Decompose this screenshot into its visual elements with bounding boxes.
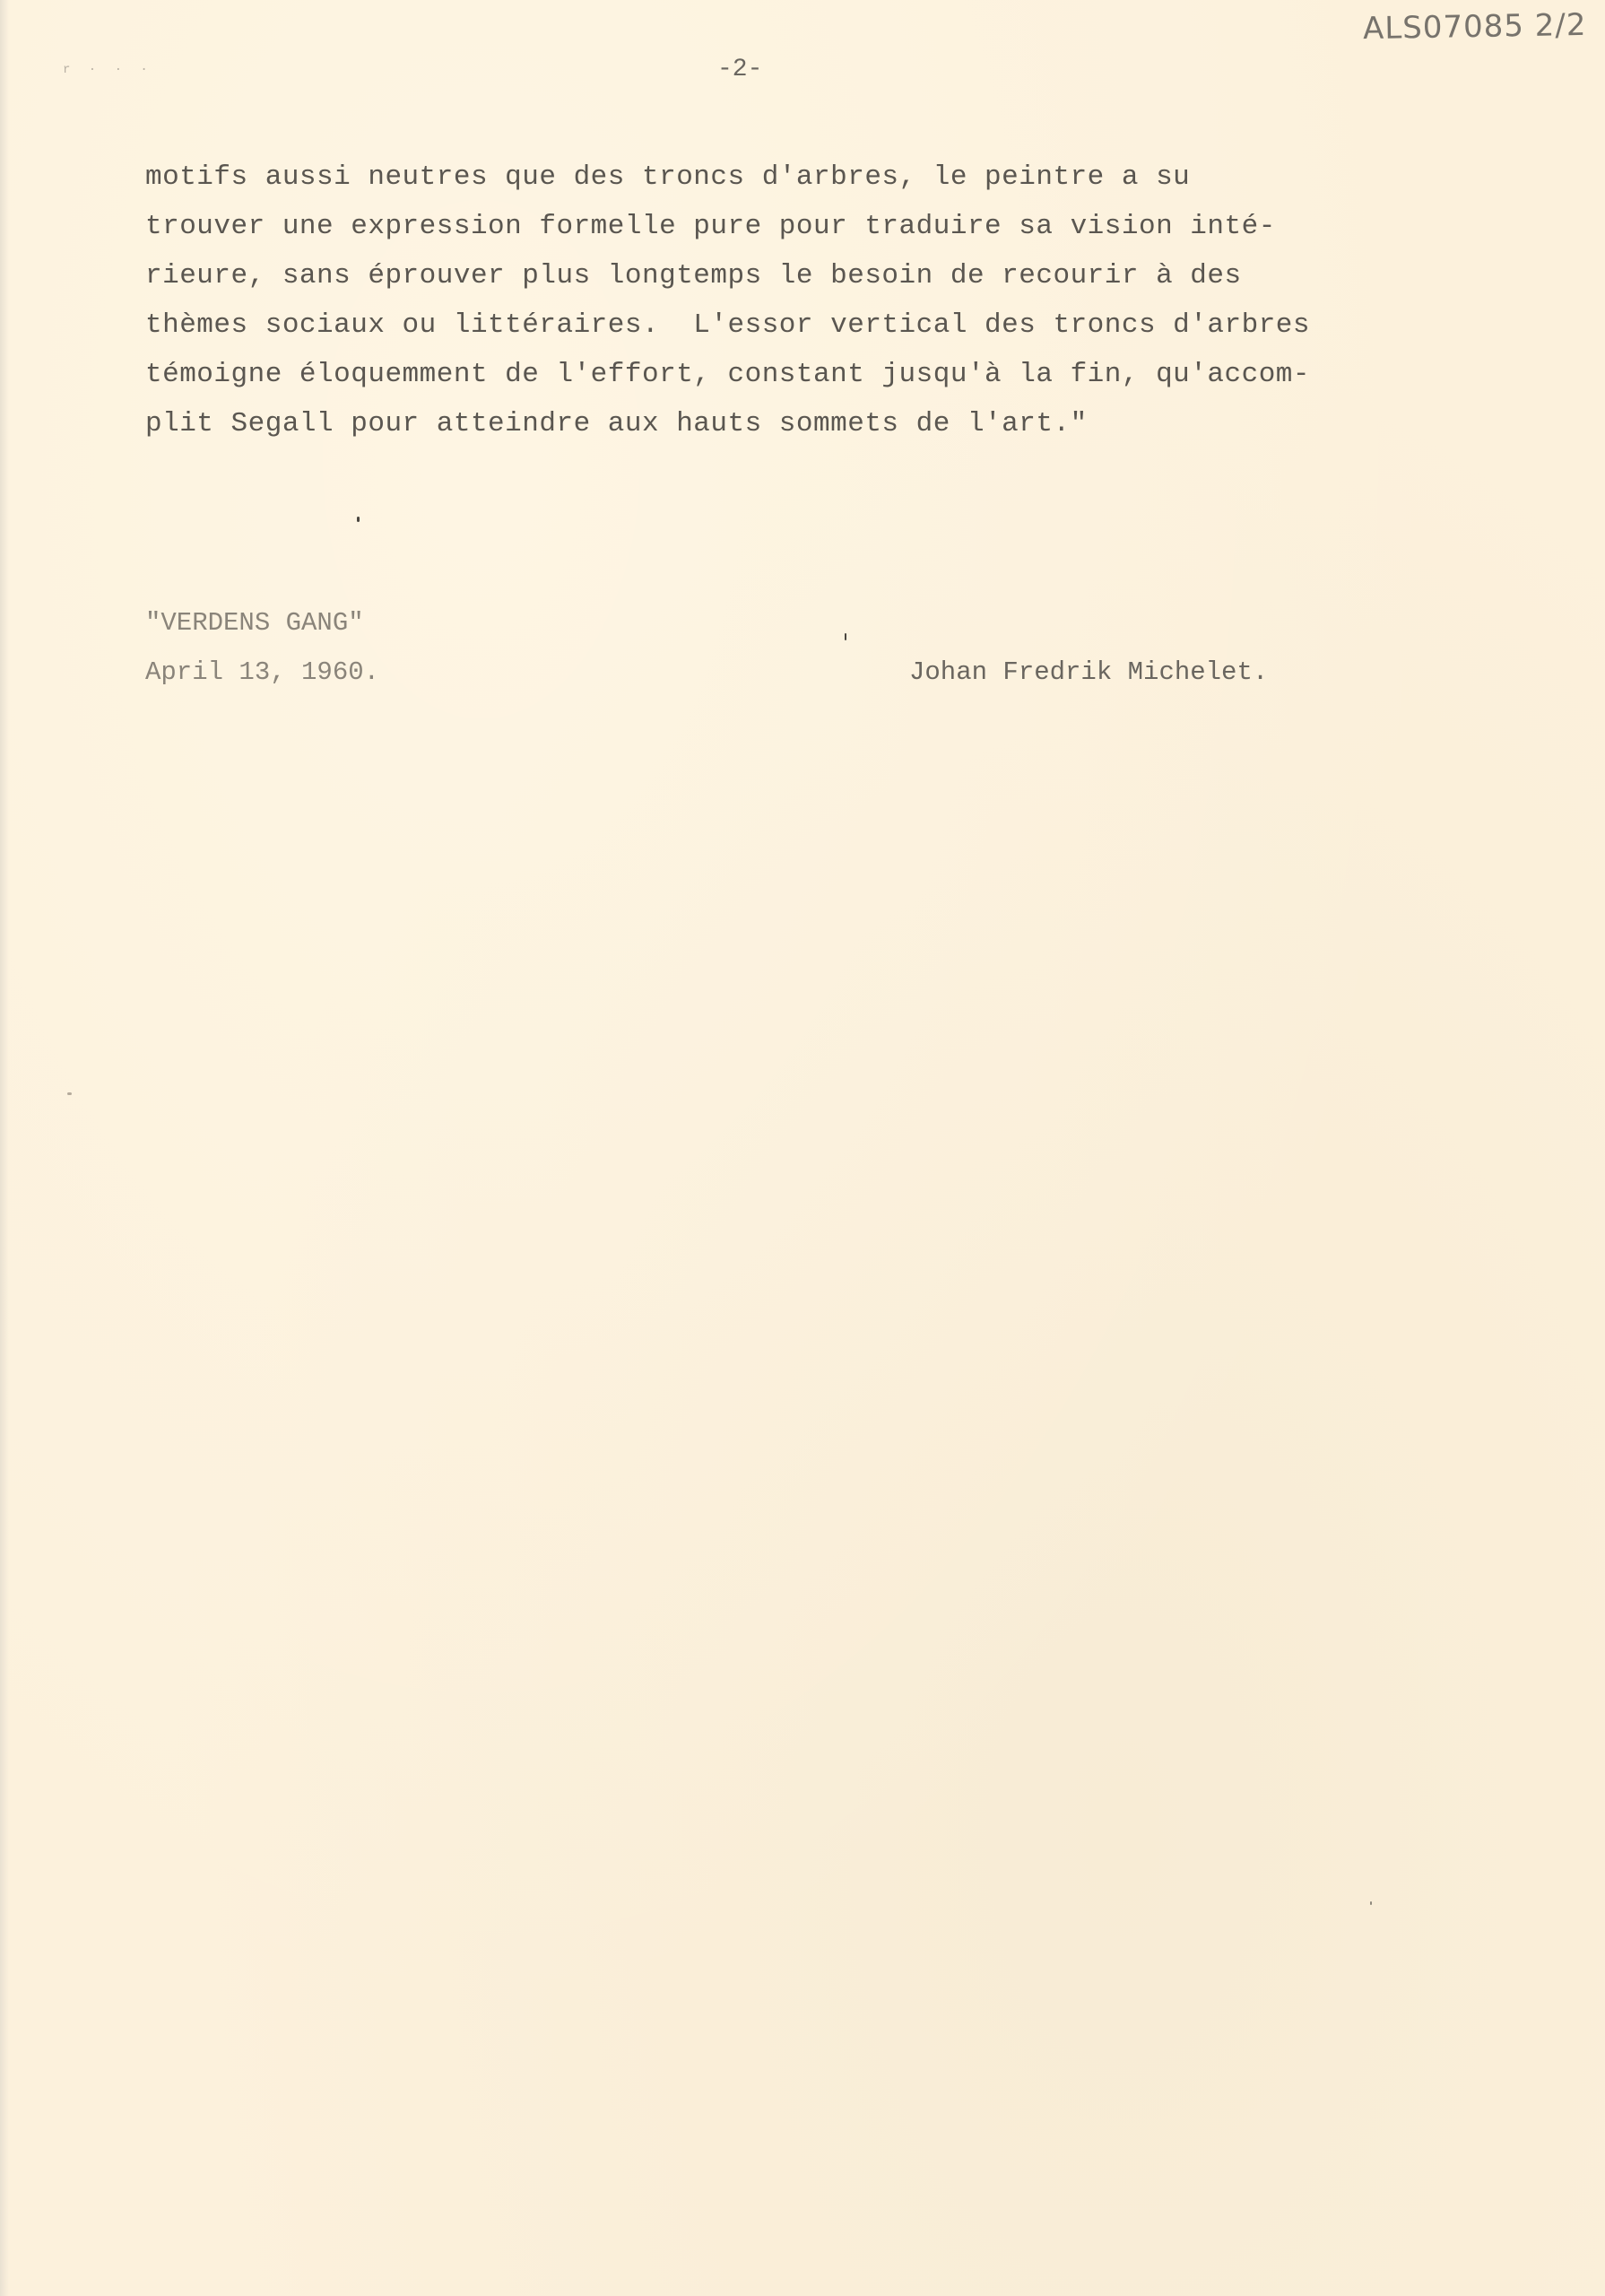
text-line: motifs aussi neutres que des troncs d'ar… bbox=[145, 152, 1490, 202]
scan-edge bbox=[0, 0, 9, 2296]
text-line: rieure, sans éprouver plus longtemps le … bbox=[145, 251, 1490, 300]
text-line: thèmes sociaux ou littéraires. L'essor v… bbox=[145, 300, 1490, 350]
archive-reference-handwritten: ALS07085 2/2 bbox=[1363, 7, 1587, 47]
text-line: trouver une expression formelle pure pou… bbox=[145, 202, 1490, 251]
body-paragraph: motifs aussi neutres que des troncs d'ar… bbox=[145, 152, 1490, 448]
closing-row-2: April 13, 1960. bbox=[145, 598, 1490, 648]
closing-row-1: "VERDENS GANG" Johan Fredrik Michelet. bbox=[145, 549, 1490, 598]
text-line: témoigne éloquemment de l'effort, consta… bbox=[145, 350, 1490, 399]
closing-block: "VERDENS GANG" Johan Fredrik Michelet. A… bbox=[145, 549, 1490, 648]
text-line: plit Segall pour atteindre aux hauts som… bbox=[145, 399, 1490, 448]
ink-speck bbox=[357, 517, 360, 522]
ink-speck bbox=[67, 1092, 72, 1095]
page-number: -2- bbox=[717, 56, 762, 83]
author-signature: Johan Fredrik Michelet. bbox=[909, 648, 1268, 697]
publication-date: April 13, 1960. bbox=[145, 648, 379, 697]
ink-speck bbox=[845, 633, 846, 640]
ink-speck bbox=[1370, 1901, 1372, 1905]
corner-marks: r · · · bbox=[63, 63, 153, 77]
